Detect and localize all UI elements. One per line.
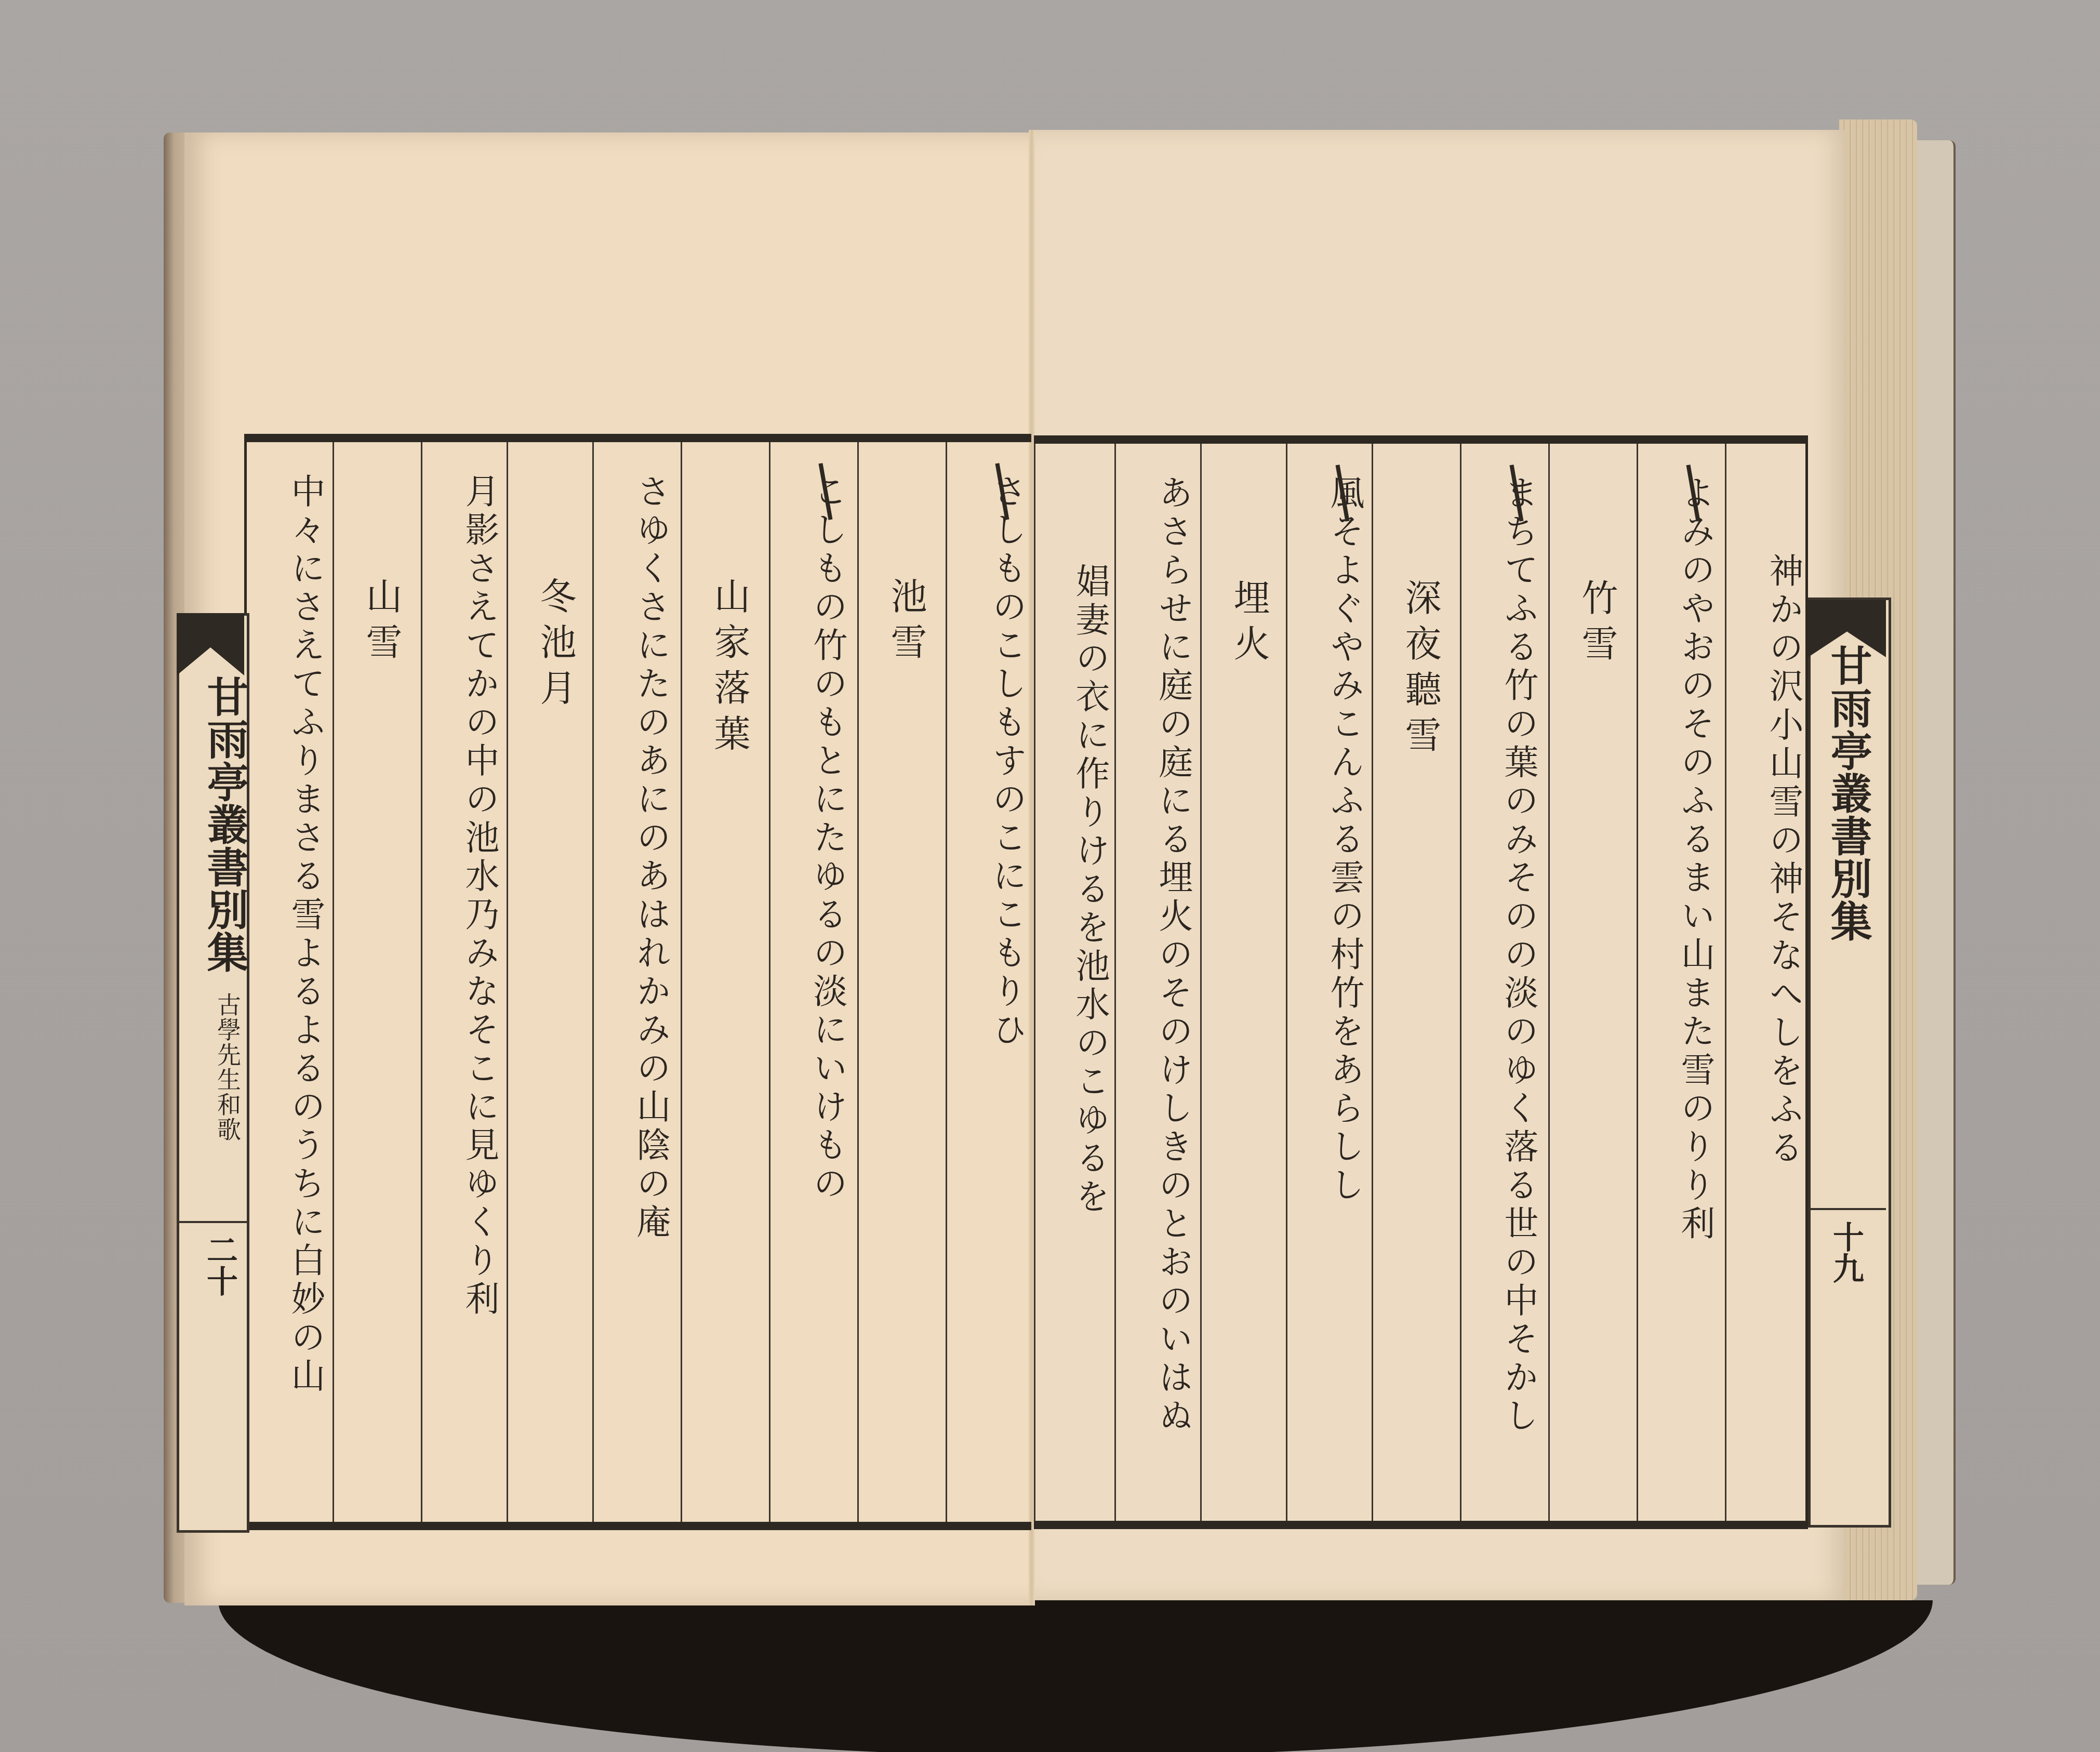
poem-text: さしものこしもすのこにこもりひ — [989, 473, 1024, 1050]
page-number-left: 二十 — [197, 1234, 242, 1296]
poem-title-column: 山雪 — [345, 577, 408, 1506]
poem-column: 娼妻の衣に作りけるを池水のこゆるを — [1044, 459, 1107, 1505]
poem-title: 竹雪 — [1571, 579, 1624, 670]
column-rule — [507, 442, 508, 1522]
poem-text: さゆくさにたのあにのあはれかみの山陰の庵 — [633, 473, 668, 1242]
poem-text: 風そよぐやみこんふる雲の村竹をあらしし — [1327, 475, 1361, 1205]
work-title: 古學先生和歌 — [210, 992, 245, 1142]
poem-text: こしもの竹のもとにたゆるの淡にいけもの — [810, 473, 844, 1204]
poem-title: 山家落葉 — [703, 577, 756, 760]
poem-column: 風そよぐやみこんふる雲の村竹をあらしし — [1299, 459, 1361, 1505]
series-title: 甘雨亭叢書別集 — [1818, 644, 1878, 943]
left-page-text-frame: さしものこしもすのこにこもりひ 池雪 こしもの竹のもとにたゆるの淡にいけもの 山… — [244, 434, 1031, 1530]
column-rule — [857, 442, 859, 1522]
poem-text: まちてふる竹の葉のみそのの淡のゆく落る世の中そかし — [1501, 475, 1535, 1436]
margin-divider — [1808, 1208, 1886, 1210]
series-title: 甘雨亭叢書別集 — [195, 675, 255, 974]
poem-column: 中々にさえてふりまさる雪よるよるのうちに白妙の山 — [260, 458, 322, 1506]
poem-text: 神かの沢小山雪の神そなへしをふる — [1766, 553, 1800, 1168]
poem-title: 埋火 — [1223, 579, 1275, 670]
poem-column: 神かの沢小山雪の神そなへしをふる — [1738, 459, 1800, 1505]
column-rule — [946, 442, 947, 1522]
margin-divider — [177, 1221, 247, 1223]
poem-title-column: 池雪 — [870, 577, 933, 1506]
poem-column: さしものこしもすのこにこもりひ — [961, 458, 1024, 1506]
page-number-right: 十九 — [1824, 1221, 1868, 1283]
poem-title: 山雪 — [355, 577, 408, 669]
column-rule — [1114, 444, 1116, 1521]
poem-title-column: 埋火 — [1213, 579, 1275, 1505]
column-rule — [1200, 444, 1202, 1521]
poem-title-column: 山家落葉 — [694, 577, 756, 1506]
right-page-text-frame: 神かの沢小山雪の神そなへしをふる よみのやおのそのふるまい山また雪のりり利 竹雪… — [1034, 435, 1808, 1529]
column-rule — [1286, 444, 1287, 1521]
column-rule — [421, 442, 422, 1522]
poem-text: よみのやおのそのふるまい山また雪のりり利 — [1678, 475, 1712, 1244]
poem-title-column: 冬池月 — [520, 577, 582, 1506]
poem-text: 月影さえてかの中の池水乃みなそこに見ゆくり利 — [462, 473, 496, 1319]
column-rule — [681, 442, 682, 1522]
poem-column: こしもの竹のもとにたゆるの淡にいけもの — [782, 458, 844, 1506]
column-rule — [1034, 444, 1035, 1521]
column-rule — [1637, 444, 1638, 1521]
poem-title-column: 深夜聽雪 — [1385, 579, 1447, 1505]
poem-text: 中々にさえてふりまさる雪よるよるのうちに白妙の山 — [288, 473, 322, 1396]
column-rule — [1548, 444, 1550, 1521]
poem-column: あさらせに庭の庭にる埋火のそのけしきのとおのいはぬ — [1127, 459, 1190, 1505]
column-rule — [1372, 444, 1373, 1521]
poem-title: 深夜聽雪 — [1394, 579, 1447, 762]
poem-title: 冬池月 — [529, 577, 582, 714]
poem-title-column: 竹雪 — [1561, 579, 1624, 1505]
column-rule — [1725, 444, 1726, 1521]
back-cover-edge — [1912, 140, 1956, 1585]
column-rule — [333, 442, 334, 1522]
poem-text: あさらせに庭の庭にる埋火のそのけしきのとおのいはぬ — [1155, 475, 1190, 1436]
poem-column: さゆくさにたのあにのあはれかみの山陰の庵 — [605, 458, 668, 1506]
poem-column: よみのやおのそのふるまい山また雪のりり利 — [1650, 459, 1712, 1505]
column-rule — [1460, 444, 1461, 1521]
poem-text: 娼妻の衣に作りけるを池水のこゆるを — [1072, 563, 1107, 1217]
poem-column: 月影さえてかの中の池水乃みなそこに見ゆくり利 — [434, 458, 496, 1506]
column-rule — [592, 442, 594, 1522]
poem-column: まちてふる竹の葉のみそのの淡のゆく落る世の中そかし — [1473, 459, 1535, 1505]
column-rule — [769, 442, 770, 1522]
poem-title: 池雪 — [880, 577, 933, 669]
